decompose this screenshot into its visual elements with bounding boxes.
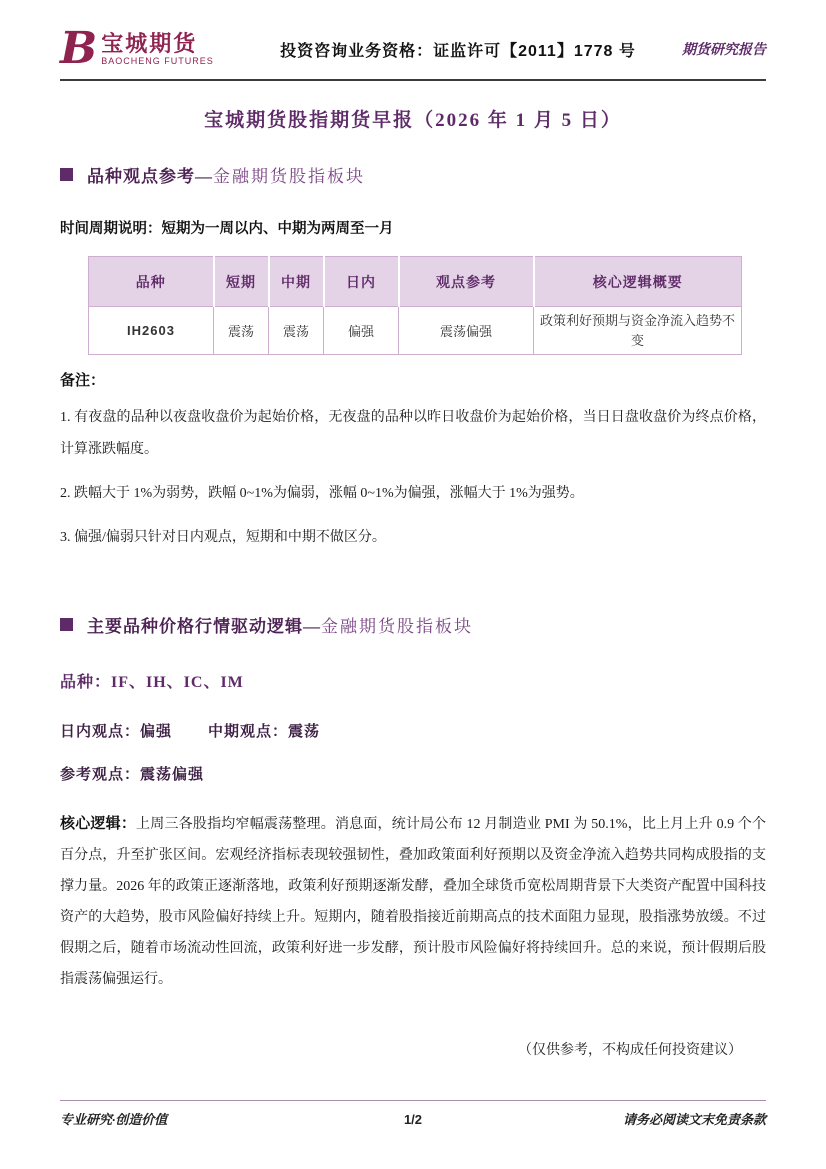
medium-view-value: 震荡 [288, 724, 320, 740]
table-row: IH2603 震荡 震荡 偏强 震荡偏强 政策利好预期与资金净流入趋势不变 [89, 307, 742, 355]
logo-company-name-en: BAOCHENG FUTURES [101, 56, 214, 66]
page-header: B 宝城期货 BAOCHENG FUTURES 投资咨询业务资格：证监许可【20… [60, 25, 766, 81]
table-header-row: 品种 短期 中期 日内 观点参考 核心逻辑概要 [89, 257, 742, 307]
section-heading-sub: 金融期货股指板块 [213, 162, 365, 187]
core-logic-label: 核心逻辑： [60, 815, 136, 832]
viewpoint-table: 品种 短期 中期 日内 观点参考 核心逻辑概要 IH2603 震荡 震荡 偏强 … [88, 256, 742, 355]
medium-view-label: 中期观点： [208, 724, 288, 740]
footer-slogan: 专业研究·创造价值 [60, 1109, 295, 1128]
report-title: 宝城期货股指期货早报（2026 年 1 月 5 日） [60, 105, 766, 132]
qualification-text: 投资咨询业务资格：证监许可【2011】1778 号 [270, 38, 646, 61]
column-header-intraday: 日内 [324, 257, 399, 307]
cell-medium: 震荡 [269, 307, 324, 355]
reference-view-line: 参考观点：震荡偏强 [60, 763, 766, 784]
reference-view-label: 参考观点： [60, 767, 140, 783]
report-page: B 宝城期货 BAOCHENG FUTURES 投资咨询业务资格：证监许可【20… [0, 0, 826, 1169]
page-number: 1/2 [295, 1112, 530, 1127]
time-period-note: 时间周期说明：短期为一周以内、中期为两周至一月 [60, 217, 766, 238]
cell-view: 震荡偏强 [399, 307, 534, 355]
remark-item-1: 1. 有夜盘的品种以夜盘收盘价为起始价格，无夜盘的品种以昨日收盘价为起始价格，当… [60, 402, 766, 466]
report-type-label: 期货研究报告 [646, 39, 766, 59]
section-heading-main: 主要品种价格行情驱动逻辑— [87, 612, 321, 637]
page-footer: 专业研究·创造价值 1/2 请务必阅读文末免责条款 [60, 1100, 766, 1128]
cell-intraday: 偏强 [324, 307, 399, 355]
remark-item-3: 3. 偏强/偏弱只针对日内观点，短期和中期不做区分。 [60, 522, 766, 554]
viewpoint-line: 日内观点：偏强中期观点：震荡 [60, 720, 766, 741]
company-logo: B 宝城期货 BAOCHENG FUTURES [60, 29, 270, 69]
section-heading-viewpoints: 品种观点参考— 金融期货股指板块 [60, 162, 766, 187]
cell-variety: IH2603 [89, 307, 214, 355]
section-bullet-icon [60, 168, 73, 181]
reference-view-value: 震荡偏强 [140, 767, 204, 783]
remarks-label: 备注： [60, 369, 766, 390]
column-header-variety: 品种 [89, 257, 214, 307]
column-header-logic: 核心逻辑概要 [534, 257, 742, 307]
cell-short: 震荡 [214, 307, 269, 355]
section-heading-drivers: 主要品种价格行情驱动逻辑— 金融期货股指板块 [60, 612, 766, 637]
intraday-view-label: 日内观点： [60, 724, 140, 740]
cell-logic: 政策利好预期与资金净流入趋势不变 [534, 307, 742, 355]
disclaimer-note: （仅供参考，不构成任何投资建议） [60, 1039, 766, 1059]
section-heading-sub: 金融期货股指板块 [321, 612, 473, 637]
logo-company-name: 宝城期货 [101, 32, 214, 56]
varieties-line: 品种：IF、IH、IC、IM [60, 669, 766, 692]
remark-item-2: 2. 跌幅大于 1%为弱势，跌幅 0~1%为偏弱，涨幅 0~1%为偏强，涨幅大于… [60, 478, 766, 510]
section-bullet-icon [60, 618, 73, 631]
column-header-short: 短期 [214, 257, 269, 307]
core-logic-paragraph: 核心逻辑：上周三各股指均窄幅震荡整理。消息面，统计局公布 12 月制造业 PMI… [60, 808, 766, 995]
footer-disclaimer-link: 请务必阅读文末免责条款 [531, 1109, 766, 1128]
column-header-medium: 中期 [269, 257, 324, 307]
column-header-view: 观点参考 [399, 257, 534, 307]
intraday-view-value: 偏强 [140, 724, 172, 740]
core-logic-text: 上周三各股指均窄幅震荡整理。消息面，统计局公布 12 月制造业 PMI 为 50… [60, 817, 766, 987]
logo-b-icon: B [60, 29, 97, 69]
section-heading-main: 品种观点参考— [87, 162, 213, 187]
